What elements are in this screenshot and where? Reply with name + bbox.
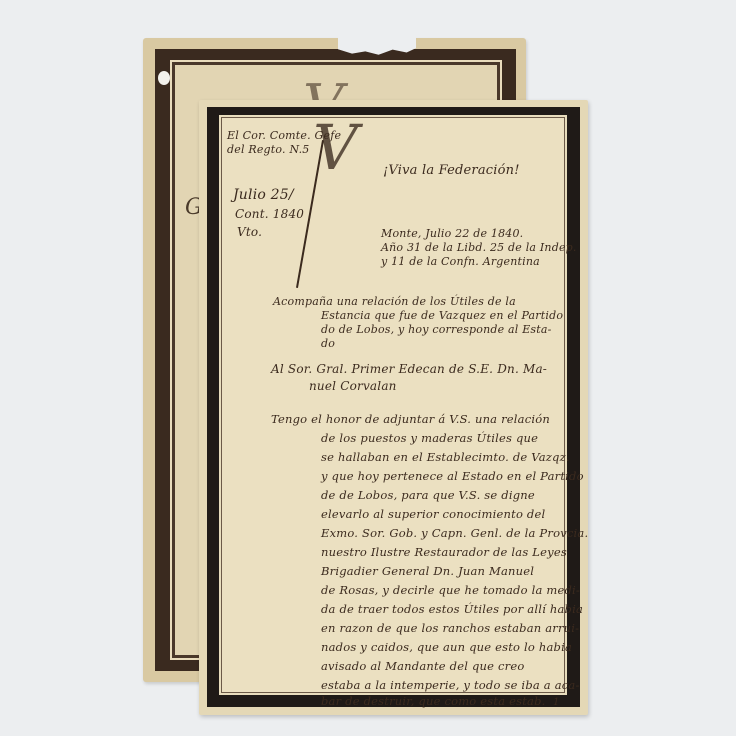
summary-line: Acompaña una relación de los Útiles de l…: [273, 295, 516, 308]
body-line: Exmo. Sor. Gob. y Capn. Genl. de la Prov…: [321, 526, 588, 540]
addressee-line: nuel Corvalan: [309, 379, 397, 393]
body-line: da de traer todos estos Útiles por allí …: [321, 602, 583, 616]
body-line: nuestro Ilustre Restaurador de las Leyes: [321, 545, 567, 559]
body-line: Brigadier General Dn. Juan Manuel: [321, 564, 534, 578]
body-line: de de Lobos, para que V.S. se digne: [321, 488, 535, 502]
body-line: de los puestos y maderas Útiles que: [321, 431, 538, 445]
place-date-line: Año 31 de la Libd. 25 de la Indep.: [381, 241, 577, 254]
margin-note-date: Julio 25/: [233, 187, 294, 203]
addressee-line: Al Sor. Gral. Primer Edecan de S.E. Dn. …: [271, 362, 547, 376]
motto: ¡Viva la Federación!: [383, 163, 520, 178]
body-line: de Rosas, y decirle que he tomado la med…: [321, 583, 580, 597]
margin-note-line: El Cor. Comte. Gefe: [227, 129, 341, 142]
summary-line: do de Lobos, y hoy corresponde al Esta-: [321, 323, 552, 336]
place-date-line: y 11 de la Confn. Argentina: [381, 255, 540, 268]
summary-line: do: [321, 337, 335, 350]
body-line: Tengo el honor de adjuntar á V.S. una re…: [271, 412, 550, 426]
margin-note-line: Cont. 1840: [235, 207, 304, 221]
body-line: se hallaban en el Establecimto. de Vazqz…: [321, 450, 570, 464]
front-document: V El Cor. Comte. Gefe del Regto. N.5 Jul…: [199, 100, 588, 715]
summary-line: Estancia que fue de Vazquez en el Partid…: [321, 309, 563, 322]
body-line: en razon de que los ranchos estaban arru…: [321, 621, 579, 635]
body-line: bar de destruir, que como esta estab.: [321, 694, 546, 708]
body-line: estaba a la intemperie, y todo se iba a …: [321, 678, 580, 692]
margin-note-line: Vto.: [237, 225, 262, 239]
document-photograph: V G V El Cor. Comte. Gefe del Regto. N.5…: [0, 0, 736, 736]
body-line: y que hoy pertenece al Estado en el Part…: [321, 469, 584, 483]
margin-note-line: del Regto. N.5: [227, 143, 309, 156]
body-line: nados y caidos, que aun que esto lo habi…: [321, 640, 572, 654]
punch-hole: [158, 71, 170, 85]
place-date-line: Monte, Julio 22 de 1840.: [381, 227, 523, 240]
front-document-paper: V El Cor. Comte. Gefe del Regto. N.5 Jul…: [219, 115, 567, 695]
body-line: elevarlo al superior conocimiento del: [321, 507, 545, 521]
body-line: avisado al Mandante del que creo: [321, 659, 524, 673]
page-mark: 1: [553, 697, 560, 708]
